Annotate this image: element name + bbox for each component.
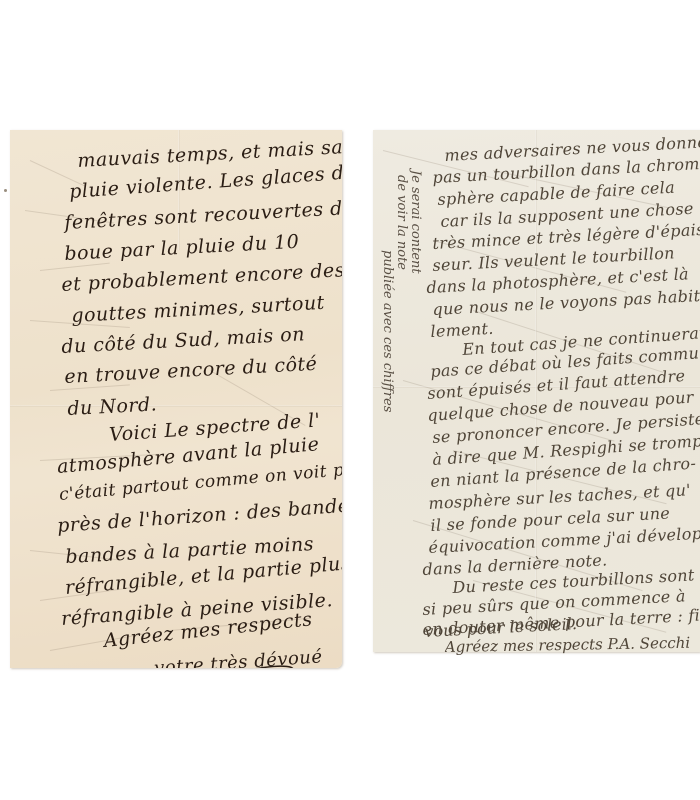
signature: Agréez mes respects P.A. Secchi: [445, 634, 691, 656]
signature-flourish: [205, 655, 325, 668]
text-line: et probablement encore des: [61, 259, 342, 296]
edge-mark: [4, 189, 7, 192]
text-line: fenêtres sont recouvertes de: [64, 197, 342, 234]
margin-note: Je serai content: [408, 170, 423, 274]
margin-note: de voir la note: [394, 175, 409, 270]
text-line: du côté du Sud, mais on: [61, 323, 306, 358]
margin-note: publiée avec ces chiffres: [380, 250, 395, 412]
letter-page-left: mauvais temps, et mais sans pluie violen…: [10, 130, 342, 668]
text-line: en trouve encore du côté: [64, 353, 318, 388]
letter-page-right: Je serai content de voir la note publiée…: [373, 130, 700, 652]
text-line: du Nord.: [67, 393, 158, 420]
text-line: gouttes minimes, surtout: [71, 292, 325, 327]
text-line: boue par la pluie du 10: [64, 231, 300, 265]
